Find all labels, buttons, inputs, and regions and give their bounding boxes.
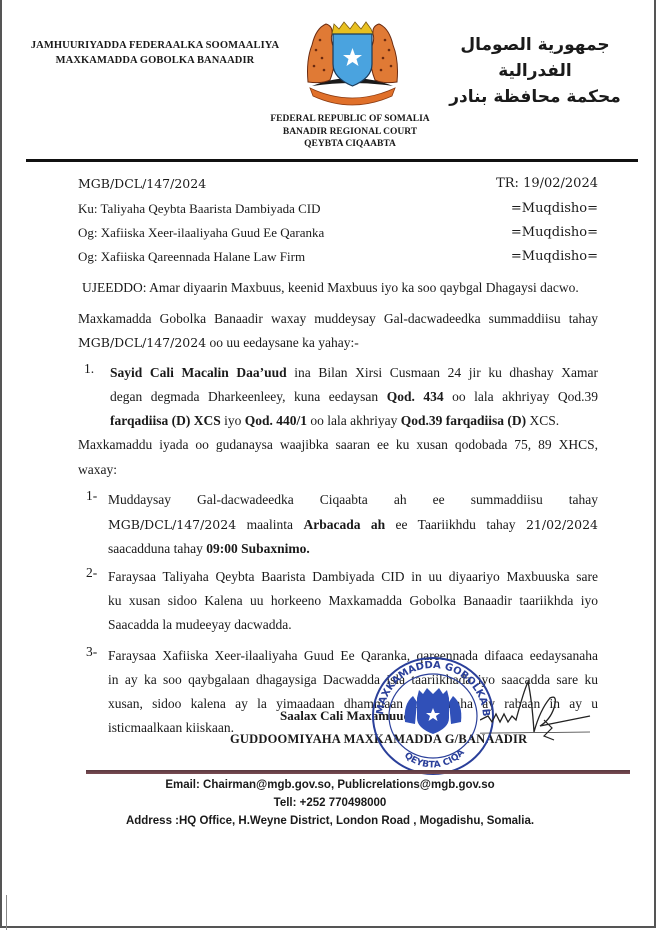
accused-details: XCS. xyxy=(526,413,559,428)
order-line: Faraysaa Taliyaha Qeybta Baarista Dambiy… xyxy=(108,565,598,589)
charge: farqadiisa (D) XCS xyxy=(110,413,221,428)
subject-line: UJEEDDO: Amar diyaarin Maxbuus, keenid M… xyxy=(82,280,579,296)
letterhead-somali: JAMHUURIYADDA FEDERAALKA SOOMAALIYA MAXK… xyxy=(30,38,280,68)
hearing-time: 09:00 Subaxnimo. xyxy=(206,541,310,556)
letterhead-english-line: FEDERAL REPUBLIC OF SOMALIA xyxy=(240,113,460,126)
intro-line: Maxkamadda Gobolka Banaadir waxay muddey… xyxy=(78,307,598,331)
order-text: ee Taariikhdu tahay xyxy=(385,517,526,532)
footer-address: Address :HQ Office, H.Weyne District, Lo… xyxy=(80,815,580,827)
accused-line: Sayid Cali Macalin Daa’uud ina Bilan Xir… xyxy=(110,361,598,385)
order-number: 1- xyxy=(86,488,97,504)
accused-details: degan degmada Dharkeenleey, kuna eedaysa… xyxy=(110,389,387,404)
recipient-location: =Muqdisho= xyxy=(480,249,598,264)
letterhead-somali-line: MAXKAMADDA GOBOLKA BANAADIR xyxy=(30,53,280,68)
court-statement: waxay: xyxy=(78,458,598,482)
somalia-coat-of-arms-icon xyxy=(300,10,405,110)
recipient-name: Xafiiska Xeer-ilaaliyaha Guud Ee Qaranka xyxy=(101,225,325,240)
hearing-day: Arbacada ah xyxy=(303,517,385,532)
order-text: maalinta xyxy=(236,517,303,532)
recipient-prefix: Og: xyxy=(78,225,98,240)
letter-date: TR: 19/02/2024 xyxy=(480,176,598,191)
accused-details: iyo xyxy=(221,413,245,428)
order-text: saacadduna tahay xyxy=(108,541,206,556)
letterhead-arabic-line: جمهورية الصومال الفدرالية xyxy=(440,32,630,84)
accused-details: oo lala akhriyay xyxy=(307,413,401,428)
charge: Qod. 440/1 xyxy=(245,413,307,428)
intro-text: oo uu eedaysane ka yahay:- xyxy=(206,335,359,350)
recipient-location: =Muqdisho= xyxy=(480,201,598,216)
frame-edge xyxy=(6,895,7,930)
letterhead-english-line: QEYBTA CIQAABTA xyxy=(240,138,460,151)
recipient-line: Og: Xafiiska Qareennada Halane Law Firm xyxy=(78,249,305,265)
court-statement: Maxkamaddu iyada oo gudanaysa waajibka s… xyxy=(78,433,598,457)
header-divider xyxy=(26,159,638,162)
order-line: MGB/DCL/147/2024 maalinta Arbacada ah ee… xyxy=(108,513,598,537)
accused-details: oo lala akhriyay Qod.39 xyxy=(444,389,598,404)
recipient-name: Xafiiska Qareennada Halane Law Firm xyxy=(101,249,305,264)
recipient-name: Taliyaha Qeybta Baarista Dambiyada CID xyxy=(101,201,321,216)
order-number: 3- xyxy=(86,644,97,660)
order-line: Faraysaa Xafiiska Xeer-ilaaliyaha Guud E… xyxy=(108,644,598,668)
list-number: 1. xyxy=(84,361,94,377)
recipient-line: Ku: Taliyaha Qeybta Baarista Dambiyada C… xyxy=(78,201,321,217)
order-line: Muddaysay Gal-dacwadeedka Ciqaabta ah ee… xyxy=(108,488,598,512)
recipient-prefix: Og: xyxy=(78,249,98,264)
letterhead-somali-line: JAMHUURIYADDA FEDERAALKA SOOMAALIYA xyxy=(30,38,280,53)
accused-name: Sayid Cali Macalin Daa’uud xyxy=(110,365,287,380)
accused-line: farqadiisa (D) XCS iyo Qod. 440/1 oo lal… xyxy=(110,409,598,433)
letterhead-english: FEDERAL REPUBLIC OF SOMALIA BANADIR REGI… xyxy=(240,113,460,151)
signature-icon xyxy=(480,680,600,750)
recipient-line: Og: Xafiiska Xeer-ilaaliyaha Guud Ee Qar… xyxy=(78,225,324,241)
charge: Qod.39 farqadiisa (D) xyxy=(401,413,526,428)
letterhead-arabic-line: محكمة محافظة بنادر xyxy=(440,84,630,110)
footer-divider xyxy=(86,770,630,774)
order-number: 2- xyxy=(86,565,97,581)
accused-details: ina Bilan Xirsi Cusmaan 24 jir ku dhasha… xyxy=(287,365,598,380)
reference-number: MGB/DCL/147/2024 xyxy=(78,176,206,191)
accused-line: degan degmada Dharkeenleey, kuna eedaysa… xyxy=(110,385,598,409)
case-reference: MGB/DCL/147/2024 xyxy=(78,335,206,350)
footer-phone: Tell: +252 770498000 xyxy=(80,797,580,809)
letterhead-english-line: BANADIR REGIONAL COURT xyxy=(240,126,460,139)
intro-line: MGB/DCL/147/2024 oo uu eedaysane ka yaha… xyxy=(78,331,598,355)
order-line: ku xusan sidoo Kalena uu horkeeno Maxkam… xyxy=(108,589,598,613)
order-line: Saacadda la mudeeyay dacwadda. xyxy=(108,613,598,637)
case-reference: MGB/DCL/147/2024 xyxy=(108,517,236,532)
hearing-date: 21/02/2024 xyxy=(526,517,598,532)
recipient-location: =Muqdisho= xyxy=(480,225,598,240)
footer-email: Email: Chairman@mgb.gov.so, Publicrelati… xyxy=(80,779,580,791)
charge: Qod. 434 xyxy=(387,389,444,404)
recipient-prefix: Ku: xyxy=(78,201,98,216)
letterhead-arabic: جمهورية الصومال الفدرالية محكمة محافظة ب… xyxy=(440,32,630,110)
order-line: saacadduna tahay 09:00 Subaxnimo. xyxy=(108,537,598,561)
